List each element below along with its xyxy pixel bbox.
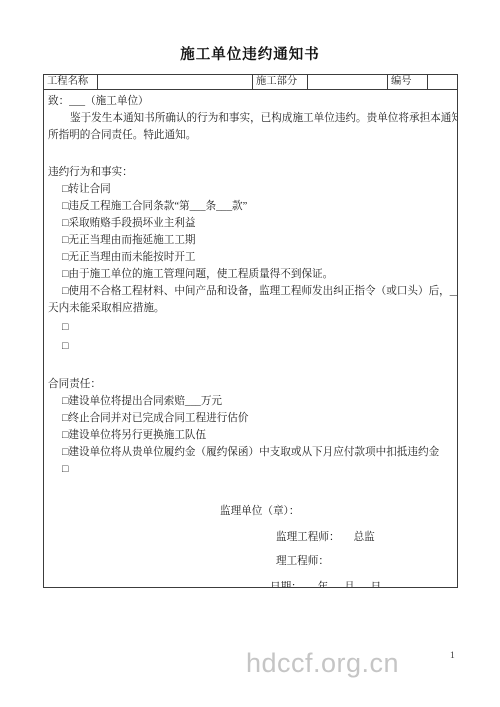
engineer-line: 理工程师： [276,553,453,570]
checkbox-item-deduct-penalty: □建设单位将从贵单位履约金（履约保函）中支取或从下月应付款项中扣抵违约金 [48,444,453,461]
checkbox-item-delay-schedule: □无正当理由而拖延施工工期 [48,232,453,249]
page-number: 1 [450,651,455,661]
notice-form: 工程名称 施工部分 编号 致：___（施工单位） 鉴于发生本通知书所确认的行为和… [43,74,458,588]
document-page: { "document": { "title": "施工单位违约通知书", "p… [0,0,500,707]
project-name-value [98,75,253,89]
construction-part-label: 施工部分 [253,75,308,89]
checkbox-item-claim-compensation: □建设单位将提出合同索赔___万元 [48,393,453,410]
chief-engineer-line: 监理工程师：总监 [276,529,453,546]
chief-engineer-value: 总监 [354,532,375,543]
construction-part-value [308,75,388,89]
checkbox-item-bribery: □采取贿赂手段损坏业主利益 [48,215,453,232]
checkbox-item-transfer-contract: □转让合同 [48,181,453,198]
checkbox-item-quality-issue: □由于施工单位的施工管理问题，使工程质量得不到保证。 [48,266,453,283]
checkbox-item-bad-materials-continued: 天内未能采取相应措施。 [48,300,453,317]
checkbox-item-violate-clause: □违反工程施工合同条款“第___条___款” [48,198,453,215]
date-line: 日期：___年___月___日 [270,579,453,588]
checkbox-item-blank-3: □ [48,461,453,478]
liability-section-heading: 合同责任： [48,376,453,393]
checkbox-item-blank-2: □ [48,338,453,355]
checkbox-item-blank-1: □ [48,319,453,336]
number-value [428,75,457,89]
addressee-line: 致：___（施工单位） [48,93,453,110]
checkbox-item-replace-team: □建设单位将另行更换施工队伍 [48,427,453,444]
checkbox-item-bad-materials: □使用不合格工程材料、中间产品和设备，监理工程师发出纠正指令（或口头）后，___ [48,283,453,300]
project-name-label: 工程名称 [44,75,98,89]
checkbox-item-terminate-contract: □终止合同并对已完成合同工程进行估价 [48,410,453,427]
number-label: 编号 [388,75,428,89]
form-body: 致：___（施工单位） 鉴于发生本通知书所确认的行为和事实，已构成施工单位违约。… [44,90,457,588]
checkbox-item-late-start: □无正当理由而未能按时开工 [48,249,453,266]
site-watermark: hdccf.org.cn [246,648,399,679]
supervision-unit-seal-line: 监理单位（章）： [220,503,453,520]
header-table: 工程名称 施工部分 编号 [44,75,457,90]
intro-paragraph-line2: 所指明的合同责任。特此通知。 [48,127,453,144]
page-title: 施工单位违约通知书 [0,43,500,64]
intro-paragraph-line1: 鉴于发生本通知书所确认的行为和事实，已构成施工单位违约。贵单位将承担本通知书 [48,110,453,127]
chief-engineer-label: 监理工程师： [276,532,340,543]
breach-section-heading: 违约行为和事实： [48,164,453,181]
